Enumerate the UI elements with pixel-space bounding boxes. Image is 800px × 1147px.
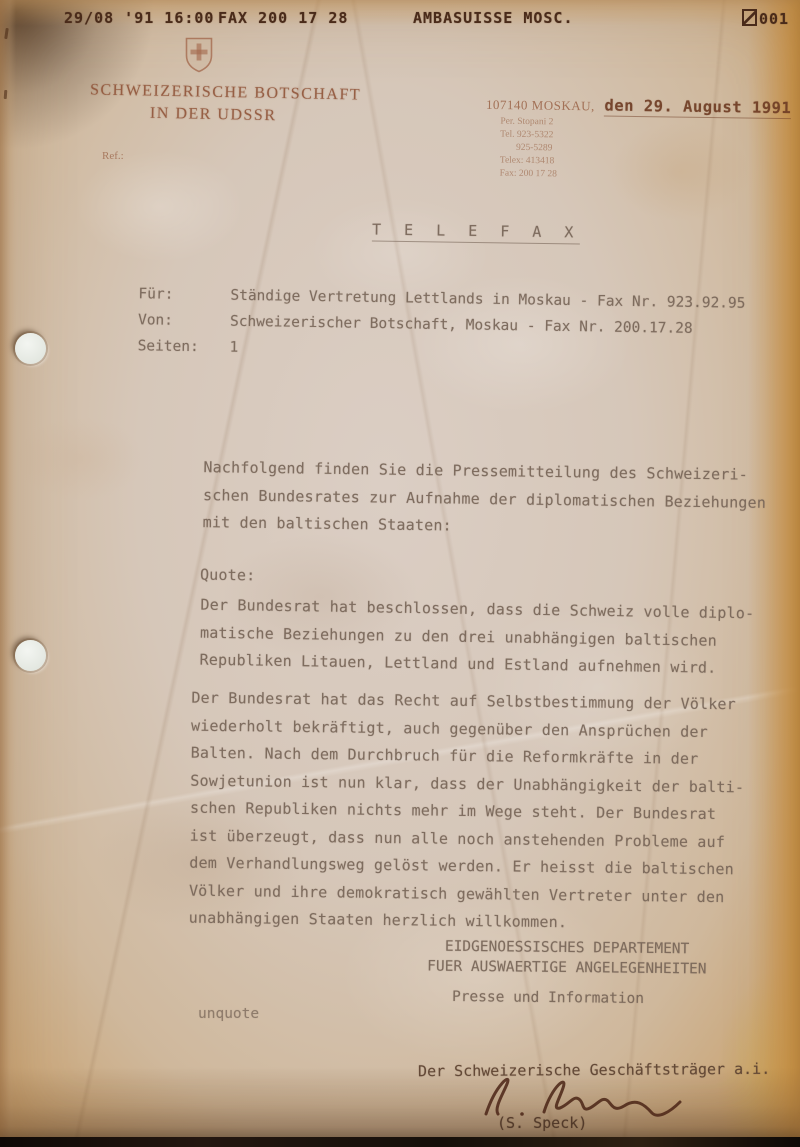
routing-value-pages: 1 xyxy=(229,340,238,356)
office-line: Presse und Information xyxy=(452,989,644,1007)
letterhead-city: 107140 MOSKAU, xyxy=(486,97,595,114)
quote-paragraph-2: Der Bundesrat hat das Recht auf Selbstbe… xyxy=(189,685,746,939)
document-date: den 29. August 1991 xyxy=(604,97,791,120)
swiss-coat-of-arms-icon xyxy=(184,36,214,74)
routing-block: Für:Ständige Vertretung Lettlands in Mos… xyxy=(137,281,745,369)
contact-telex: Telex: 413418 xyxy=(500,155,557,169)
handwritten-signature-icon xyxy=(472,1070,697,1120)
fax-page-icon xyxy=(742,9,757,26)
routing-value-to: Ständige Vertretung Lettlands in Moskau … xyxy=(230,288,745,312)
scan-edge-left xyxy=(0,0,16,1147)
routing-label-from: Von: xyxy=(138,307,230,334)
fax-page-number: 001 xyxy=(759,10,789,28)
fax-document-page: 29/08 '91 16:00 FAX 200 17 28 AMBASUISSE… xyxy=(0,0,800,1147)
department-line2: FUER AUSWAERTIGE ANGELEGENHEITEN xyxy=(402,956,732,979)
department-block: EIDGENOESSISCHES DEPARTEMENT FUER AUSWAE… xyxy=(402,936,732,979)
unquote-label: unquote xyxy=(198,1006,259,1022)
fax-number: FAX 200 17 28 xyxy=(218,9,348,27)
contact-fax: Fax: 200 17 28 xyxy=(500,168,557,182)
contact-street: Per. Stopani 2 xyxy=(500,116,557,130)
scan-artifact xyxy=(4,90,8,99)
scan-artifact xyxy=(4,28,9,39)
letterhead-org-line1: SCHWEIZERISCHE BOTSCHAFT xyxy=(90,81,361,104)
scan-edge-right xyxy=(748,0,800,1147)
intro-paragraph: Nachfolgend finden Sie die Pressemitteil… xyxy=(202,454,766,544)
routing-value-from: Schweizerischer Botschaft, Moskau - Fax … xyxy=(230,314,693,337)
document-title: T E L E F A X xyxy=(372,221,581,245)
scanner-dark-strip xyxy=(0,1137,800,1147)
contact-phone2: 925-5289 xyxy=(500,142,557,156)
quote-paragraph-1: Der Bundesrat hat beschlossen, dass die … xyxy=(199,592,754,683)
letterhead-contact-block: Per. Stopani 2 Tel. 923-5322 925-5289 Te… xyxy=(500,116,558,182)
letterhead-org-line2: IN DER UDSSR xyxy=(150,105,277,125)
fax-timestamp: 29/08 '91 16:00 xyxy=(64,9,214,27)
quote-label: Quote: xyxy=(200,562,256,590)
signer-name: (S. Speck) xyxy=(497,1114,587,1132)
ref-label: Ref.: xyxy=(102,150,124,162)
fax-page-counter: 001 xyxy=(742,9,789,28)
contact-phone1: Tel. 923-5322 xyxy=(500,129,557,143)
routing-label-to: Für: xyxy=(138,281,230,308)
punch-hole-bottom xyxy=(15,640,46,671)
city-date-line: 107140 MOSKAU, den 29. August 1991 xyxy=(486,94,792,117)
fax-station-name: AMBASUISSE MOSC. xyxy=(413,9,574,27)
routing-label-pages: Seiten: xyxy=(137,333,229,360)
punch-hole-top xyxy=(15,333,46,364)
